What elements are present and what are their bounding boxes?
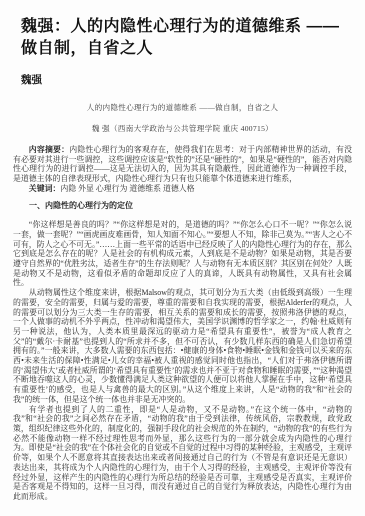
keywords-text: 内隐 外显 心理行为 道德维系 道德人格 xyxy=(60,184,194,193)
body-paragraph: 从动物属性这个维度来讲，根据Malsow的观点，其可划分为五大类（由低级到高级）… xyxy=(13,288,352,404)
keywords-line: 关键词：内隐 外显 心理行为 道德维系 道德人格 xyxy=(13,184,352,194)
keywords-label: 关键词： xyxy=(29,184,61,193)
body-paragraph: 有学者也提到了人的二重性，即是“人是动物，又不是动物。”在这个统一体中，“动物的… xyxy=(13,405,352,502)
body-paragraph: “你这样想是善良的吗？”“你这样想是对的，是道德的吗？”“你怎么心口不一呢？”“… xyxy=(13,220,352,288)
page-title-line-2: 做自制，自省之人 xyxy=(21,38,349,60)
page-title: 魏强：人的内隐性心理行为的道德维系 —— 做自制，自省之人 xyxy=(0,0,365,60)
abstract-paragraph: 内容摘要：内隐性心理行为的客观存在，使得我们在思考：对于内部精神世界的活动，有没… xyxy=(13,145,352,184)
abstract-block: 内容摘要：内隐性心理行为的客观存在，使得我们在思考：对于内部精神世界的活动，有没… xyxy=(13,145,352,194)
page-title-line-1: 魏强：人的内隐性心理行为的道德维系 —— xyxy=(21,16,349,38)
article-byline: 魏 强（西南大学政治与公共管理学院 重庆 400715） xyxy=(0,123,365,134)
abstract-label: 内容摘要： xyxy=(29,145,69,154)
article-title: 人的内隐性心理行为的道德维系 ——做自制，自省之人 xyxy=(0,102,365,113)
author-name: 魏强 xyxy=(21,72,365,87)
section-heading: 一、内隐性的心理行为的定位 xyxy=(13,201,352,211)
document-page: 魏强：人的内隐性心理行为的道德维系 —— 做自制，自省之人 魏强 人的内隐性心理… xyxy=(0,0,365,516)
